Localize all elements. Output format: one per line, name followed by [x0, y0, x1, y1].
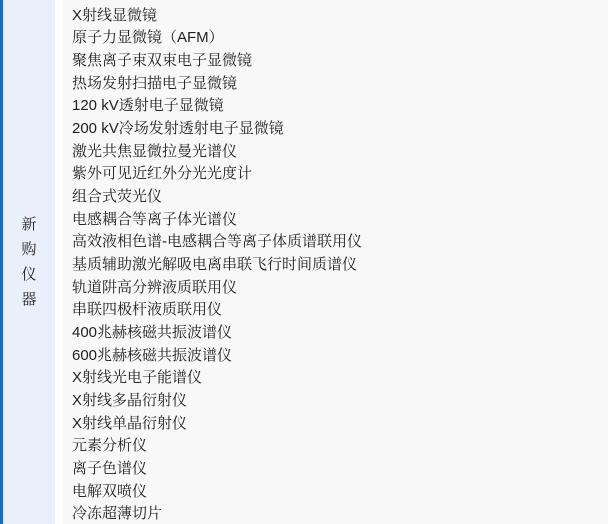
instrument-name: 400兆赫核磁共振波谱仪 — [72, 321, 232, 342]
instrument-list-item[interactable]: 热场发射扫描电子显微镜 — [63, 71, 608, 94]
instrument-name: 离子色谱仪 — [72, 457, 147, 478]
instrument-name: 串联四极杆液质联用仪 — [72, 298, 222, 319]
instrument-name: 600兆赫核磁共振波谱仪 — [72, 344, 232, 365]
instrument-list-item[interactable]: X射线单晶衍射仪 — [63, 411, 608, 434]
instrument-name: X射线单晶衍射仪 — [72, 412, 187, 433]
instrument-name: 紫外可见近红外分光光度计 — [72, 162, 252, 183]
instrument-name: X射线多晶衍射仪 — [72, 389, 187, 410]
instrument-name: 基质辅助激光解吸电离串联飞行时间质谱仪 — [72, 253, 357, 274]
instrument-list: X射线显微镜 原子力显微镜（AFM） 聚焦离子束双束电子显微镜 热场发射扫描电子… — [63, 0, 608, 524]
instrument-list-item[interactable]: 元素分析仪 — [63, 433, 608, 456]
sidebar-content-divider — [55, 0, 63, 524]
instrument-name: 120 kV透射电子显微镜 — [72, 94, 224, 115]
instrument-name: 轨道阱高分辨液质联用仪 — [72, 276, 237, 297]
instrument-list-item[interactable]: 高效液相色谱-电感耦合等离子体质谱联用仪 — [63, 230, 608, 253]
instrument-name: 热场发射扫描电子显微镜 — [72, 72, 237, 93]
instrument-list-item[interactable]: 原子力显微镜（AFM） — [63, 26, 608, 49]
instrument-list-item[interactable]: X射线多晶衍射仪 — [63, 388, 608, 411]
instrument-list-item[interactable]: 激光共焦显微拉曼光谱仪 — [63, 139, 608, 162]
instrument-name: X射线显微镜 — [72, 4, 157, 25]
instrument-list-page: 新购仪器 X射线显微镜 原子力显微镜（AFM） 聚焦离子束双束电子显微镜 热场发… — [0, 0, 608, 524]
instrument-list-item[interactable]: 电解双喷仪 — [63, 479, 608, 502]
instrument-list-item[interactable]: 200 kV冷场发射透射电子显微镜 — [63, 116, 608, 139]
instrument-list-item[interactable]: 400兆赫核磁共振波谱仪 — [63, 320, 608, 343]
instrument-name: 高效液相色谱-电感耦合等离子体质谱联用仪 — [72, 230, 362, 251]
instrument-list-item[interactable]: 冷冻超薄切片 — [63, 501, 608, 524]
instrument-list-item[interactable]: X射线显微镜 — [63, 3, 608, 26]
instrument-name: 冷冻超薄切片 — [72, 502, 162, 523]
instrument-name: X射线光电子能谱仪 — [72, 366, 202, 387]
instrument-list-item[interactable]: 电感耦合等离子体光谱仪 — [63, 207, 608, 230]
instrument-name: 电感耦合等离子体光谱仪 — [72, 208, 237, 229]
sidebar-category-tab-new-instruments[interactable]: 新购仪器 — [0, 0, 55, 524]
instrument-list-item[interactable]: 聚焦离子束双束电子显微镜 — [63, 48, 608, 71]
instrument-list-item[interactable]: X射线光电子能谱仪 — [63, 366, 608, 389]
instrument-name: 原子力显微镜（AFM） — [72, 26, 224, 47]
instrument-name: 聚焦离子束双束电子显微镜 — [72, 49, 252, 70]
instrument-name: 组合式荧光仪 — [72, 185, 162, 206]
instrument-name: 200 kV冷场发射透射电子显微镜 — [72, 117, 284, 138]
instrument-list-item[interactable]: 紫外可见近红外分光光度计 — [63, 162, 608, 185]
sidebar-category-label: 新购仪器 — [22, 212, 37, 312]
instrument-name: 激光共焦显微拉曼光谱仪 — [72, 140, 237, 161]
instrument-list-item[interactable]: 轨道阱高分辨液质联用仪 — [63, 275, 608, 298]
instrument-list-item[interactable]: 基质辅助激光解吸电离串联飞行时间质谱仪 — [63, 252, 608, 275]
instrument-list-item[interactable]: 离子色谱仪 — [63, 456, 608, 479]
instrument-list-item[interactable]: 120 kV透射电子显微镜 — [63, 94, 608, 117]
instrument-list-item[interactable]: 组合式荧光仪 — [63, 184, 608, 207]
instrument-name: 电解双喷仪 — [72, 480, 147, 501]
instrument-list-item[interactable]: 串联四极杆液质联用仪 — [63, 298, 608, 321]
instrument-list-item[interactable]: 600兆赫核磁共振波谱仪 — [63, 343, 608, 366]
instrument-name: 元素分析仪 — [72, 434, 147, 455]
